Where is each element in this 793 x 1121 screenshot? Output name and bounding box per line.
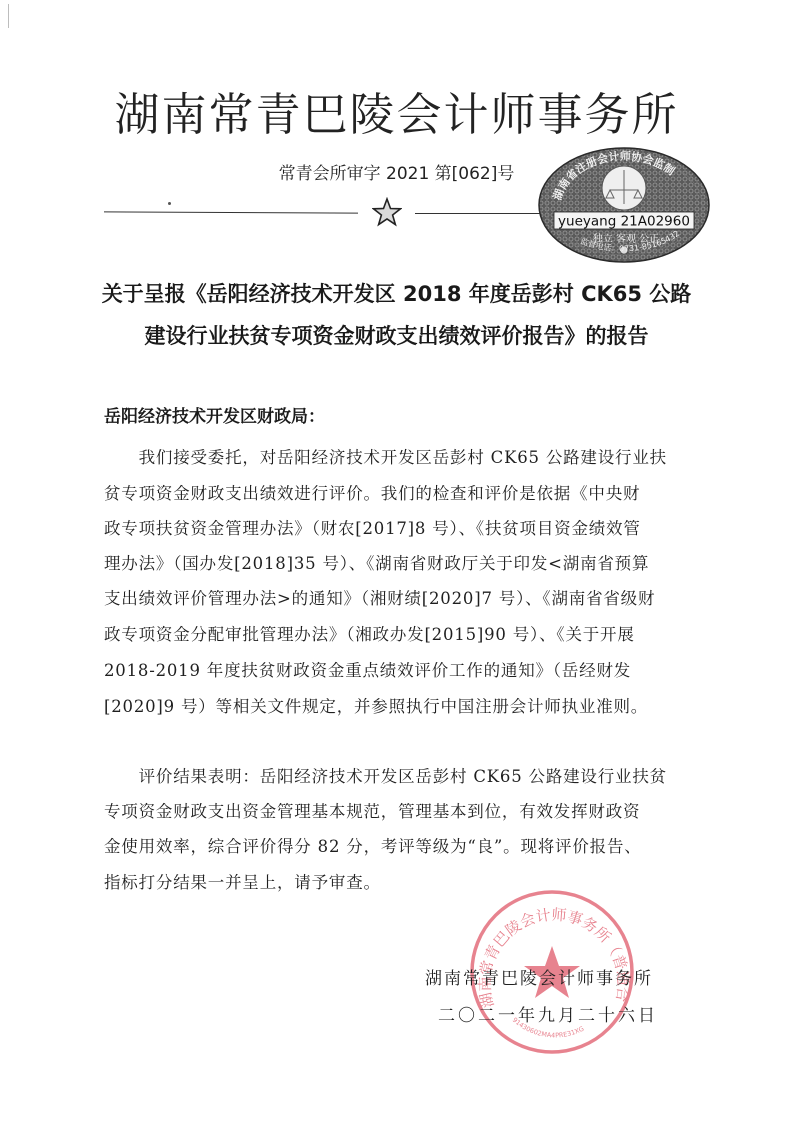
signature-firm-name: 湖南常青巴陵会计师事务所 bbox=[425, 964, 653, 989]
body-line: 我们接受委托，对岳阳经济技术开发区岳彭村 CK65 公路建设行业扶 bbox=[104, 444, 679, 468]
cpa-seal-id: yueyang 21A02960 bbox=[558, 214, 690, 230]
divider-right bbox=[415, 213, 545, 214]
divider-dot bbox=[168, 202, 171, 205]
svg-text:湖南常青巴陵会计师事务所（普通合伙）: 湖南常青巴陵会计师事务所（普通合伙） bbox=[468, 888, 632, 1010]
report-title-line-1: 关于呈报《岳阳经济技术开发区 2018 年度岳彭村 CK65 公路 bbox=[0, 278, 793, 308]
star-icon bbox=[372, 197, 402, 227]
body-line: 政专项扶贫资金管理办法》（财农[2017]8 号）、《扶贫项目资金绩效管 bbox=[104, 515, 679, 539]
body-line: 贫专项资金财政支出绩效进行评价。我们的检查和评价是依据《中央财 bbox=[104, 480, 679, 504]
body-line: 评价结果表明：岳阳经济技术开发区岳彭村 CK65 公路建设行业扶贫 bbox=[104, 763, 679, 787]
document-page: 湖南常青巴陵会计师事务所 常青会所审字 2021 第[062]号 湖南省注册会计… bbox=[0, 0, 793, 1121]
body-line: 金使用效率，综合评价得分 82 分，考评等级为“良”。现将评价报告、 bbox=[104, 833, 679, 857]
scan-edge-mark bbox=[8, 4, 9, 28]
letterhead-firm-name: 湖南常青巴陵会计师事务所 bbox=[0, 78, 793, 143]
signature-date: 二〇二一年九月二十六日 bbox=[438, 1001, 658, 1026]
body-line: 支出绩效评价管理办法>的通知》（湘财绩[2020]7 号）、《湖南省省级财 bbox=[104, 585, 679, 609]
divider-left bbox=[104, 211, 358, 213]
addressee: 岳阳经济技术开发区财政局： bbox=[104, 402, 325, 427]
body-line: 2018-2019 年度扶贫财政资金重点绩效评价工作的通知》（岳经财发 bbox=[104, 657, 679, 681]
cpa-association-seal: 湖南省注册会计师协会监制 yueyang 21A02960 独立 客观 公正 监… bbox=[538, 146, 710, 264]
report-title-line-2: 建设行业扶贫专项资金财政支出绩效评价报告》的报告 bbox=[0, 320, 793, 350]
company-seal-arc-text: 湖南常青巴陵会计师事务所（普通合伙） bbox=[468, 888, 632, 1010]
body-line: 理办法》（国办发[2018]35 号）、《湖南省财政厅关于印发<湖南省预算 bbox=[104, 550, 679, 574]
body-line: [2020]9 号）等相关文件规定，并参照执行中国注册会计师执业准则。 bbox=[104, 693, 679, 717]
body-line: 专项资金财政支出资金管理基本规范，管理基本到位，有效发挥财政资 bbox=[104, 798, 679, 822]
body-line: 政专项资金分配审批管理办法》（湘政办发[2015]90 号）、《关于开展 bbox=[104, 621, 679, 645]
